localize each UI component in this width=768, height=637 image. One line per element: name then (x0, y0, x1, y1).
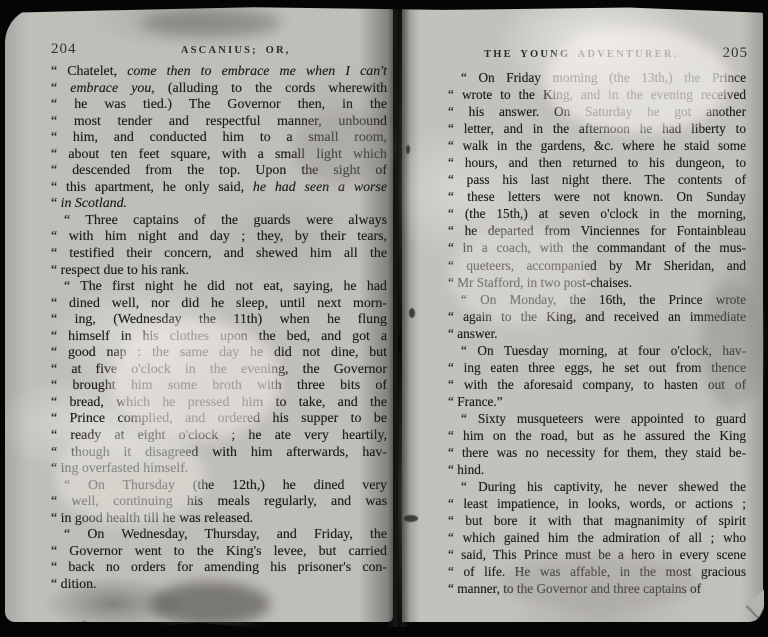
text-line: “ these letters were not known. On Sunda… (448, 188, 746, 205)
text-line: “ dined well, nor did he sleep, until ne… (51, 296, 387, 313)
text-line: “ Chatelet, come then to embrace me when… (51, 64, 387, 81)
left-running-title: ASCANIUS; OR, (85, 45, 388, 56)
text-line: “ him on the road, but as he assured the… (448, 427, 746, 444)
left-page-body: “ Chatelet, come then to embrace me when… (51, 64, 387, 594)
text-line: “ his answer. On Saturday he got another (448, 103, 746, 120)
text-line: “ with the aforesaid company, to hasten … (448, 376, 746, 393)
text-line: “ he departed from Vinciennes for Fontai… (448, 222, 746, 239)
text-line: “ Three captains of the guards were alwa… (51, 213, 387, 230)
text-line: “ of life. He was affable, in the most g… (448, 563, 746, 580)
binding-mark (406, 145, 410, 154)
right-page-body: “ On Friday morning (the 13th,) the Prin… (448, 69, 746, 597)
text-line: “ about ten feet square, with a small li… (51, 147, 387, 164)
text-line: “ queteers, accompanied by Mr Sheridan, … (448, 257, 746, 274)
text-line: “ with him night and day ; they, by thei… (51, 229, 387, 246)
book-photo: 204 ASCANIUS; OR, “ Chatelet, come then … (0, 0, 768, 637)
text-line: “ Prince complied, and ordered his suppe… (51, 411, 387, 428)
text-line: “ ing overfasted himself. (51, 461, 387, 478)
text-line: “ which gained him the admiration of all… (448, 529, 746, 546)
text-line: “ (the 15th,) at seven o'clock in the mo… (448, 205, 746, 222)
binding-mark (409, 308, 415, 318)
text-line: “ brought him some broth with three bits… (51, 378, 387, 395)
text-line: “ walk in the gardens, &c. where he stai… (448, 137, 746, 154)
text-line: “ On Monday, the 16th, the Prince wrote (448, 291, 746, 308)
text-line: “ The first night he did not eat, saying… (51, 279, 387, 296)
text-line: “ he was tied.) The Governor then, in th… (51, 97, 387, 114)
photo-corner-bottom-right (726, 593, 768, 637)
text-line: “ descended from the top. Upon the sight… (51, 163, 387, 180)
text-line: “ dition. (51, 577, 387, 594)
text-line: “ this apartment, he only said, he had s… (51, 180, 387, 197)
photo-edge-left (0, 0, 5, 637)
text-line: “ pass his last night there. The content… (448, 171, 746, 188)
text-line: “ ing eaten three eggs, he set out from … (448, 359, 746, 376)
text-line: “ himself in his clothes upon the bed, a… (51, 329, 387, 346)
text-line: “ in good health till he was released. (51, 511, 387, 528)
right-running-title: THE YOUNG ADVENTURER. (448, 49, 715, 60)
text-line: “ good nap : the same day he did not din… (51, 345, 387, 362)
binding-mark (404, 515, 418, 522)
text-line: “ letter, and in the afternoon he had li… (448, 120, 746, 137)
text-line: “ testified their concern, and shewed hi… (51, 246, 387, 263)
text-line: “ France.” (448, 393, 746, 410)
text-line: “ said, This Prince must be a hero in ev… (448, 546, 746, 563)
text-line: “ hind. (448, 461, 746, 478)
text-line: “ again to the King, and received an imm… (448, 308, 746, 325)
text-line: “ On Friday morning (the 13th,) the Prin… (448, 69, 746, 86)
right-running-head: THE YOUNG ADVENTURER. 205 (448, 45, 748, 62)
text-line: “ embrace you, (alluding to the cords wh… (51, 81, 387, 98)
text-line: “ Mr Stafford, in two post-chaises. (448, 274, 746, 291)
text-line: “ Governor went to the King's levee, but… (51, 544, 387, 561)
text-line: “ most tender and respectful manner, unb… (51, 114, 387, 131)
text-line: “ wrote to the King, and in the evening … (448, 86, 746, 103)
text-line: “ ing, (Wednesday the 11th) when he flun… (51, 312, 387, 329)
text-line: “ During his captivity, he never shewed … (448, 478, 746, 495)
text-line: “ answer. (448, 325, 746, 342)
text-line: “ back no orders for amending his prison… (51, 560, 387, 577)
text-line: “ ready at eight o'clock ; he ate very h… (51, 428, 387, 445)
left-page-number: 204 (51, 41, 77, 58)
left-running-head: 204 ASCANIUS; OR, (51, 41, 387, 58)
photo-edge-right (764, 0, 768, 637)
text-line: “ On Wednesday, Thursday, and Friday, th… (51, 527, 387, 544)
photo-corner-top-left (0, 0, 34, 48)
text-line: “ in Scotland. (51, 196, 387, 213)
text-line: “ there was no necessity for them, they … (448, 444, 746, 461)
text-line: “ Sixty musqueteers were appointed to gu… (448, 410, 746, 427)
text-line: “ though it disagreed with him afterward… (51, 445, 387, 462)
text-line: “ in a coach, with the commandant of the… (448, 239, 746, 256)
photo-corner-bottom-left (0, 599, 28, 637)
text-line: “ at five o'clock in the evening, the Go… (51, 362, 387, 379)
text-line: “ On Thursday (the 12th,) he dined very (51, 478, 387, 495)
text-line: “ respect due to his rank. (51, 263, 387, 280)
photo-corner-top-right (744, 0, 768, 28)
book-gutter-crease (398, 0, 402, 625)
text-line: “ On Tuesday morning, at four o'clock, h… (448, 342, 746, 359)
text-line: “ least impatience, in looks, words, or … (448, 495, 746, 512)
text-line: “ manner, to the Governor and three capt… (448, 580, 746, 597)
text-line: “ but bore it with that magnanimity of s… (448, 512, 746, 529)
text-line: “ well, continuing his meals regularly, … (51, 494, 387, 511)
text-line: “ bread, which he pressed him to take, a… (51, 395, 387, 412)
text-line: “ hours, and then returned to his dungeo… (448, 154, 746, 171)
text-line: “ him, and conducted him to a small room… (51, 130, 387, 147)
left-page: 204 ASCANIUS; OR, “ Chatelet, come then … (5, 7, 393, 622)
right-page-number: 205 (723, 45, 749, 62)
right-page: THE YOUNG ADVENTURER. 205 “ On Friday mo… (398, 7, 763, 622)
